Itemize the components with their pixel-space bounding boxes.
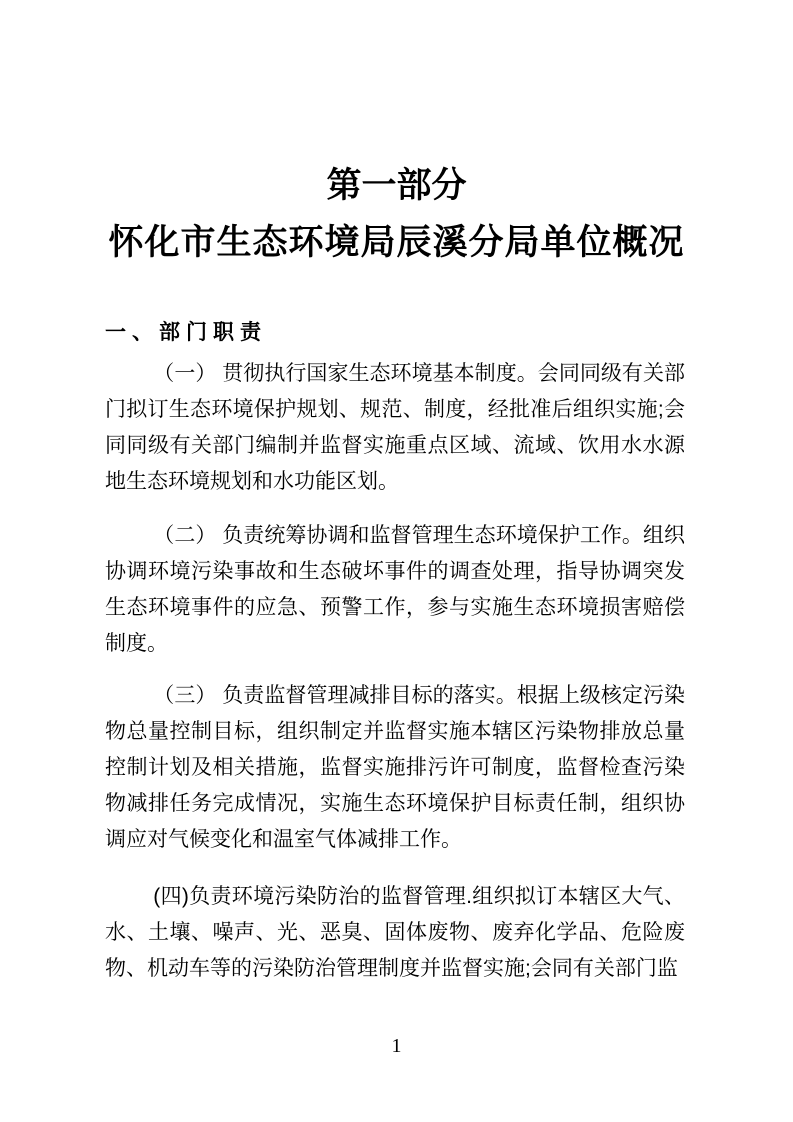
document-body: （一） 贯彻执行国家生态环境基本制度。会同同级有关部门拟订生态环境保护规划、规范… (105, 356, 685, 987)
paragraph-2: （二） 负责统筹协调和监督管理生态环境保护工作。组织协调环境污染事故和生态破坏事… (105, 518, 685, 662)
paragraph-3: （三） 负责监督管理减排目标的落实。根据上级核定污染物总量控制目标，组织制定并监… (105, 678, 685, 858)
paragraph-1: （一） 贯彻执行国家生态环境基本制度。会同同级有关部门拟订生态环境保护规划、规范… (105, 356, 685, 500)
document-title: 怀化市生态环境局辰溪分局单位概况 (0, 222, 793, 264)
page-number: 1 (0, 1035, 793, 1057)
section-heading: 一、部门职责 (105, 320, 267, 345)
part-title: 第一部分 (0, 165, 793, 207)
paragraph-4: (四)负责环境污染防治的监督管理.组织拟订本辖区大气、水、土壤、噪声、光、恶臭、… (105, 879, 685, 987)
document-page: 第一部分 怀化市生态环境局辰溪分局单位概况 一、部门职责 （一） 贯彻执行国家生… (0, 0, 793, 1122)
